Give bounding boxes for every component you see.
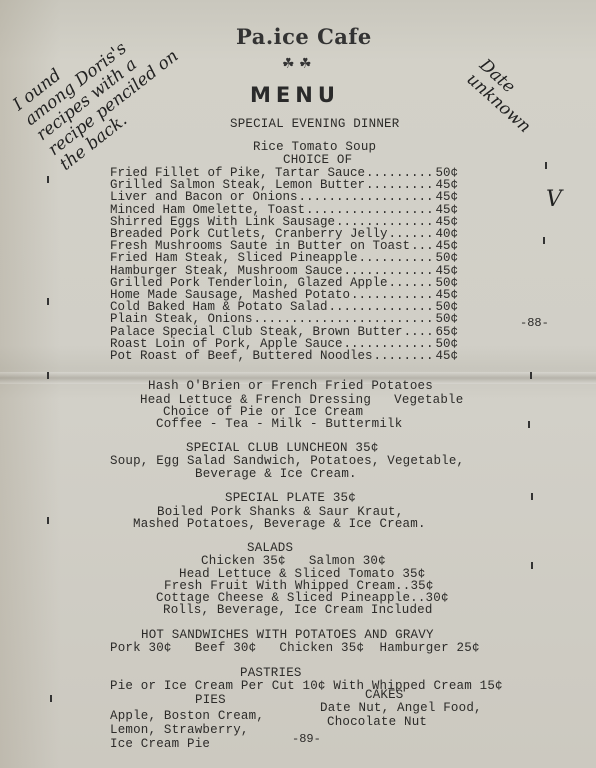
salads-line-1: Chicken 35¢ Salmon 30¢	[201, 554, 386, 568]
club-luncheon-line-1: Soup, Egg Salad Sandwich, Potatoes, Vege…	[110, 454, 464, 468]
page-number-side: -88-	[520, 316, 549, 330]
soup-line: Rice Tomato Soup	[253, 140, 376, 154]
entree-price: 45¢	[435, 349, 458, 363]
hot-sandwiches-title: HOT SANDWICHES WITH POTATOES AND GRAVY	[141, 628, 434, 642]
entree-name: Pot Roast of Beef, Buttered Noodles	[110, 349, 373, 363]
margin-tick	[531, 493, 533, 500]
shamrock-ornament-icon: ☘ ☘	[282, 56, 312, 72]
side-line-1: Hash O'Brien or French Fried Potatoes	[148, 379, 433, 393]
menu-title: MENU	[250, 83, 340, 107]
salads-line-5: Rolls, Beverage, Ice Cream Included	[163, 603, 433, 617]
handwritten-check-mark: V	[546, 190, 562, 209]
special-plate-line-2: Mashed Potatoes, Beverage & Ice Cream.	[133, 517, 426, 531]
menu-subtitle: SPECIAL EVENING DINNER	[230, 117, 399, 131]
pies-line-3: Ice Cream Pie	[110, 737, 210, 751]
special-plate-title: SPECIAL PLATE 35¢	[225, 491, 356, 505]
margin-tick	[47, 517, 49, 524]
margin-tick	[545, 162, 547, 169]
margin-tick	[47, 176, 49, 183]
leader-dots: ........................................…	[374, 349, 432, 363]
handwritten-note-right: Date unknown	[463, 56, 547, 137]
cakes-line-1: Date Nut, Angel Food,	[320, 701, 482, 715]
pies-line-2: Lemon, Strawberry,	[110, 723, 249, 737]
margin-tick	[528, 421, 530, 428]
margin-tick	[47, 372, 49, 379]
pies-title: PIES	[195, 693, 226, 707]
restaurant-name: Pa.ice Cafe	[236, 24, 372, 49]
margin-tick	[531, 562, 533, 569]
margin-tick	[530, 372, 532, 379]
pastries-line: Pie or Ice Cream Per Cut 10¢ With Whippe…	[110, 679, 503, 693]
margin-tick	[47, 298, 49, 305]
side-line-4: Coffee - Tea - Milk - Buttermilk	[156, 417, 402, 431]
page-number-bottom: -89-	[292, 732, 321, 746]
pies-line-1: Apple, Boston Cream,	[110, 709, 264, 723]
choice-label: CHOICE OF	[283, 153, 352, 167]
hot-sandwiches-line: Pork 30¢ Beef 30¢ Chicken 35¢ Hamburger …	[110, 641, 480, 655]
club-luncheon-title: SPECIAL CLUB LUNCHEON 35¢	[186, 441, 379, 455]
cakes-title: CAKES	[365, 688, 404, 702]
salads-title: SALADS	[247, 541, 293, 555]
club-luncheon-line-2: Beverage & Ice Cream.	[195, 467, 357, 481]
cakes-line-2: Chocolate Nut	[327, 715, 427, 729]
entree-row: Pot Roast of Beef, Buttered Noodles45¢..…	[110, 349, 458, 363]
pastries-title: PASTRIES	[240, 666, 302, 680]
margin-tick	[543, 237, 545, 244]
margin-tick	[50, 695, 52, 702]
